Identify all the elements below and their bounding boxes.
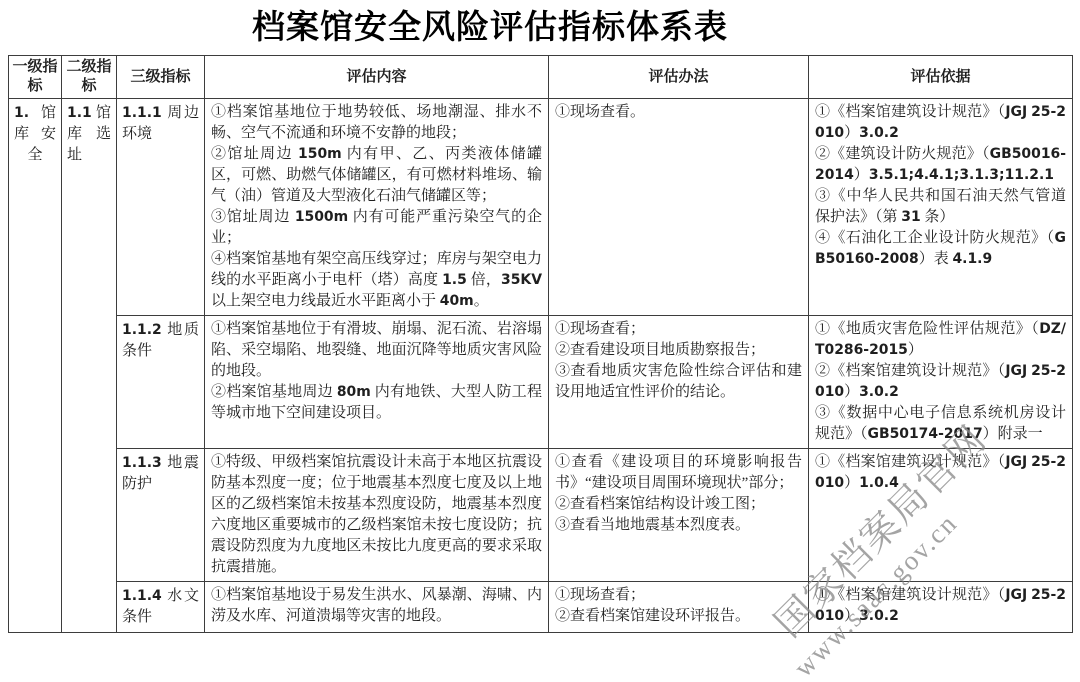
cell-level3-indicator: 1.1.4 水文条件 [117, 582, 205, 633]
cell-assessment-basis: ①《档案馆建筑设计规范》（JGJ 25-2010）3.0.2 [809, 582, 1073, 633]
content-item: ①档案馆基地位于有滑坡、崩塌、泥石流、岩溶塌陷、采空塌陷、地裂缝、地面沉降等地质… [211, 319, 542, 382]
cell-level2-indicator: 1.1 馆库选址 [62, 99, 117, 633]
basis-item: ①《档案馆建筑设计规范》（JGJ 25-2010）3.0.2 [815, 585, 1066, 627]
content-item: ①档案馆基地位于地势较低、场地潮湿、排水不畅、空气不流通和环境不安静的地段； [211, 102, 542, 144]
cell-assessment-basis: ①《档案馆建筑设计规范》（JGJ 25-2010）3.0.2 ②《建筑设计防火规… [809, 99, 1073, 316]
cell-level3-indicator: 1.1.1 周边环境 [117, 99, 205, 316]
col-header-basis: 评估依据 [809, 56, 1073, 99]
method-item: ①现场查看； [555, 585, 802, 606]
method-item: ①查看《建设项目的环境影响报告书》“建设项目周围环境现状”部分； [555, 452, 802, 494]
method-item: ③查看地质灾害危险性综合评估和建设用地适宜性评价的结论。 [555, 361, 802, 403]
method-item: ①现场查看。 [555, 102, 802, 123]
content-item: ①特级、甲级档案馆抗震设计未高于本地区抗震设防基本烈度一度；位于地震基本烈度七度… [211, 452, 542, 578]
cell-assessment-method: ①现场查看； ②查看建设项目地质勘察报告； ③查看地质灾害危险性综合评估和建设用… [549, 316, 809, 449]
cell-assessment-basis: ①《地质灾害危险性评估规范》（DZ/T0286-2015） ②《档案馆建筑设计规… [809, 316, 1073, 449]
title-bar: 档案馆安全风险评估指标体系表 [0, 6, 1030, 48]
content-item: ②馆址周边 150m 内有甲、乙、丙类液体储罐区，可燃、助燃气体储罐区，有可燃材… [211, 144, 542, 207]
cell-assessment-method: ①现场查看； ②查看档案馆建设环评报告。 [549, 582, 809, 633]
table-header: 一级指标 二级指标 三级指标 评估内容 评估办法 评估依据 [9, 56, 1073, 99]
table-row-1-1-2: 1.1.2 地质条件 ①档案馆基地位于有滑坡、崩塌、泥石流、岩溶塌陷、采空塌陷、… [9, 316, 1073, 449]
method-item: ②查看档案馆结构设计竣工图； [555, 494, 802, 515]
basis-item: ②《档案馆建筑设计规范》（JGJ 25-2010）3.0.2 [815, 361, 1066, 403]
basis-item: ①《地质灾害危险性评估规范》（DZ/T0286-2015） [815, 319, 1066, 361]
basis-item: ②《建筑设计防火规范》（GB50016-2014）3.5.1;4.4.1;3.1… [815, 144, 1066, 186]
method-item: ②查看档案馆建设环评报告。 [555, 606, 802, 627]
cell-assessment-basis: ①《档案馆建筑设计规范》（JGJ 25-2010）1.0.4 [809, 449, 1073, 582]
basis-item: ①《档案馆建筑设计规范》（JGJ 25-2010）3.0.2 [815, 102, 1066, 144]
table-row-1-1-4: 1.1.4 水文条件 ①档案馆基地设于易发生洪水、风暴潮、海啸、内涝及水库、河道… [9, 582, 1073, 633]
page-title: 档案馆安全风险评估指标体系表 [252, 6, 728, 48]
cell-assessment-content: ①特级、甲级档案馆抗震设计未高于本地区抗震设防基本烈度一度；位于地震基本烈度七度… [205, 449, 549, 582]
table-row-1-1-1: 1.馆库安全 1.1 馆库选址 1.1.1 周边环境 ①档案馆基地位于地势较低、… [9, 99, 1073, 316]
col-header-level3: 三级指标 [117, 56, 205, 99]
basis-item: ③《数据中心电子信息系统机房设计规范》（GB50174-2017）附录一 [815, 403, 1066, 445]
cell-assessment-method: ①查看《建设项目的环境影响报告书》“建设项目周围环境现状”部分； ②查看档案馆结… [549, 449, 809, 582]
content-item: ②档案馆基地周边 80m 内有地铁、大型人防工程等城市地下空间建设项目。 [211, 382, 542, 424]
col-header-level2: 二级指标 [62, 56, 117, 99]
content-item: ①档案馆基地设于易发生洪水、风暴潮、海啸、内涝及水库、河道溃塌等灾害的地段。 [211, 585, 542, 627]
basis-item: ④《石油化工企业设计防火规范》（GB50160-2008）表 4.1.9 [815, 228, 1066, 270]
cell-assessment-content: ①档案馆基地位于有滑坡、崩塌、泥石流、岩溶塌陷、采空塌陷、地裂缝、地面沉降等地质… [205, 316, 549, 449]
col-header-level1: 一级指标 [9, 56, 62, 99]
cell-assessment-content: ①档案馆基地位于地势较低、场地潮湿、排水不畅、空气不流通和环境不安静的地段； ②… [205, 99, 549, 316]
table-row-1-1-3: 1.1.3 地震防护 ①特级、甲级档案馆抗震设计未高于本地区抗震设防基本烈度一度… [9, 449, 1073, 582]
method-item: ③查看当地地震基本烈度表。 [555, 515, 802, 536]
cell-assessment-method: ①现场查看。 [549, 99, 809, 316]
content-item: ④档案馆基地有架空高压线穿过；库房与架空电力线的水平距离小于电杆（塔）高度 1.… [211, 249, 542, 312]
method-item: ①现场查看； [555, 319, 802, 340]
cell-level3-indicator: 1.1.2 地质条件 [117, 316, 205, 449]
col-header-method: 评估办法 [549, 56, 809, 99]
cell-assessment-content: ①档案馆基地设于易发生洪水、风暴潮、海啸、内涝及水库、河道溃塌等灾害的地段。 [205, 582, 549, 633]
cell-level1-indicator: 1.馆库安全 [9, 99, 62, 633]
basis-item: ③《中华人民共和国石油天然气管道保护法》（第 31 条） [815, 186, 1066, 228]
content-item: ③馆址周边 1500m 内有可能严重污染空气的企业； [211, 207, 542, 249]
cell-level3-indicator: 1.1.3 地震防护 [117, 449, 205, 582]
col-header-content: 评估内容 [205, 56, 549, 99]
method-item: ②查看建设项目地质勘察报告； [555, 340, 802, 361]
risk-assessment-table: 一级指标 二级指标 三级指标 评估内容 评估办法 评估依据 1.馆库安全 1.1… [8, 55, 1073, 633]
basis-item: ①《档案馆建筑设计规范》（JGJ 25-2010）1.0.4 [815, 452, 1066, 494]
